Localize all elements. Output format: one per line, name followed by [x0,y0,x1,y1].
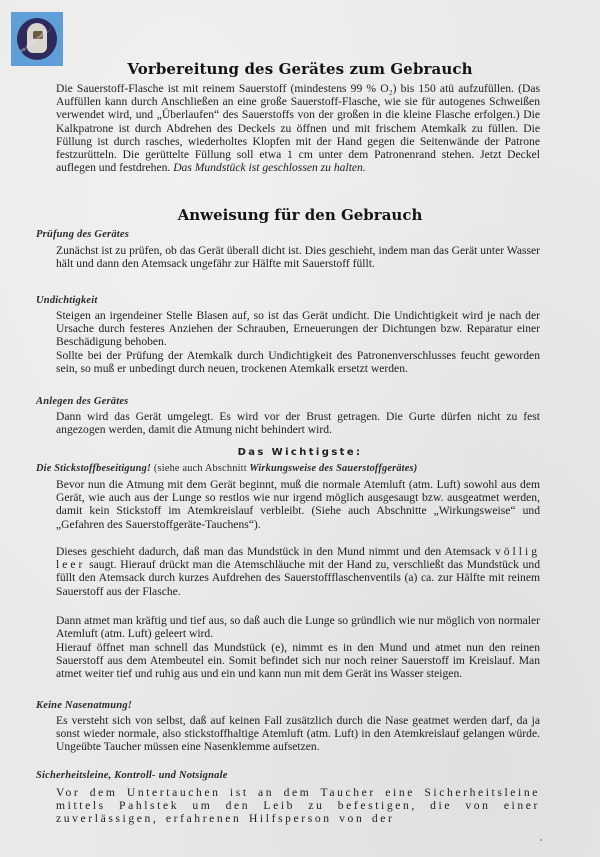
pruefung-paragraph: Zunächst ist zu prüfen, ob das Gerät übe… [56,244,540,270]
nasenatmung-paragraph: Es versteht sich von selbst, daß auf kei… [56,714,540,754]
wichtigste-p2-before: Dieses geschieht dadurch, daß man das Mu… [56,545,491,558]
wichtigste-paragraph-1: Bevor nun die Atmung mit dem Gerät begin… [56,478,540,531]
preparation-emphasis: Das Mundstück ist geschlossen zu halten. [173,161,366,174]
anlegen-paragraph: Dann wird das Gerät umgelegt. Es wird vo… [56,410,540,436]
stickstoff-note-ref: Wirkungsweise des Sauerstoffgerätes) [249,463,417,474]
sicherheitsleine-paragraph: Vor dem Untertauchen ist an dem Taucher … [56,786,540,826]
diver-helmet-logo-icon: http://divebreathe... [11,12,63,66]
wichtigste-paragraph-2: Dieses geschieht dadurch, daß man das Mu… [56,545,540,598]
stickstoff-note-prefix: (siehe auch Abschnitt [154,463,247,474]
heading-das-wichtigste: Das Wichtigste: [0,447,600,458]
subheading-nasenatmung: Keine Nasenatmung! [36,700,132,711]
wichtigste-paragraph-4: Hierauf öffnet man schnell das Mundstück… [56,641,540,681]
stickstoff-label: Die Stickstoffbeseitigung! [36,463,151,474]
undichtigkeit-paragraph-2: Sollte bei der Prüfung der Atemkalk durc… [56,349,540,375]
subheading-anlegen: Anlegen des Gerätes [36,396,128,407]
subheading-sicherheitsleine: Sicherheitsleine, Kontroll- und Notsigna… [36,770,228,781]
page-speck [540,839,542,841]
subheading-stickstoffbeseitigung: Die Stickstoffbeseitigung! (siehe auch A… [36,463,417,474]
preparation-paragraph: Die Sauerstoff-Flasche ist mit reinem Sa… [56,82,540,174]
subheading-undichtigkeit: Undichtigkeit [36,295,98,306]
section-title-preparation: Vorbereitung des Gerätes zum Gebrauch [0,60,600,78]
wichtigste-paragraph-3: Dann atmet man kräftig und tief aus, so … [56,614,540,640]
subheading-pruefung: Prüfung des Gerätes [36,229,129,240]
wichtigste-p2-after: saugt. Hierauf drückt man die Atemschläu… [56,558,540,597]
section-title-usage: Anweisung für den Gebrauch [0,206,600,224]
undichtigkeit-paragraph-1: Steigen an irgendeiner Stelle Blasen auf… [56,309,540,349]
document-page: http://divebreathe... Vorbereitung des G… [0,0,600,857]
logo-disc: http://divebreathe... [17,18,57,60]
